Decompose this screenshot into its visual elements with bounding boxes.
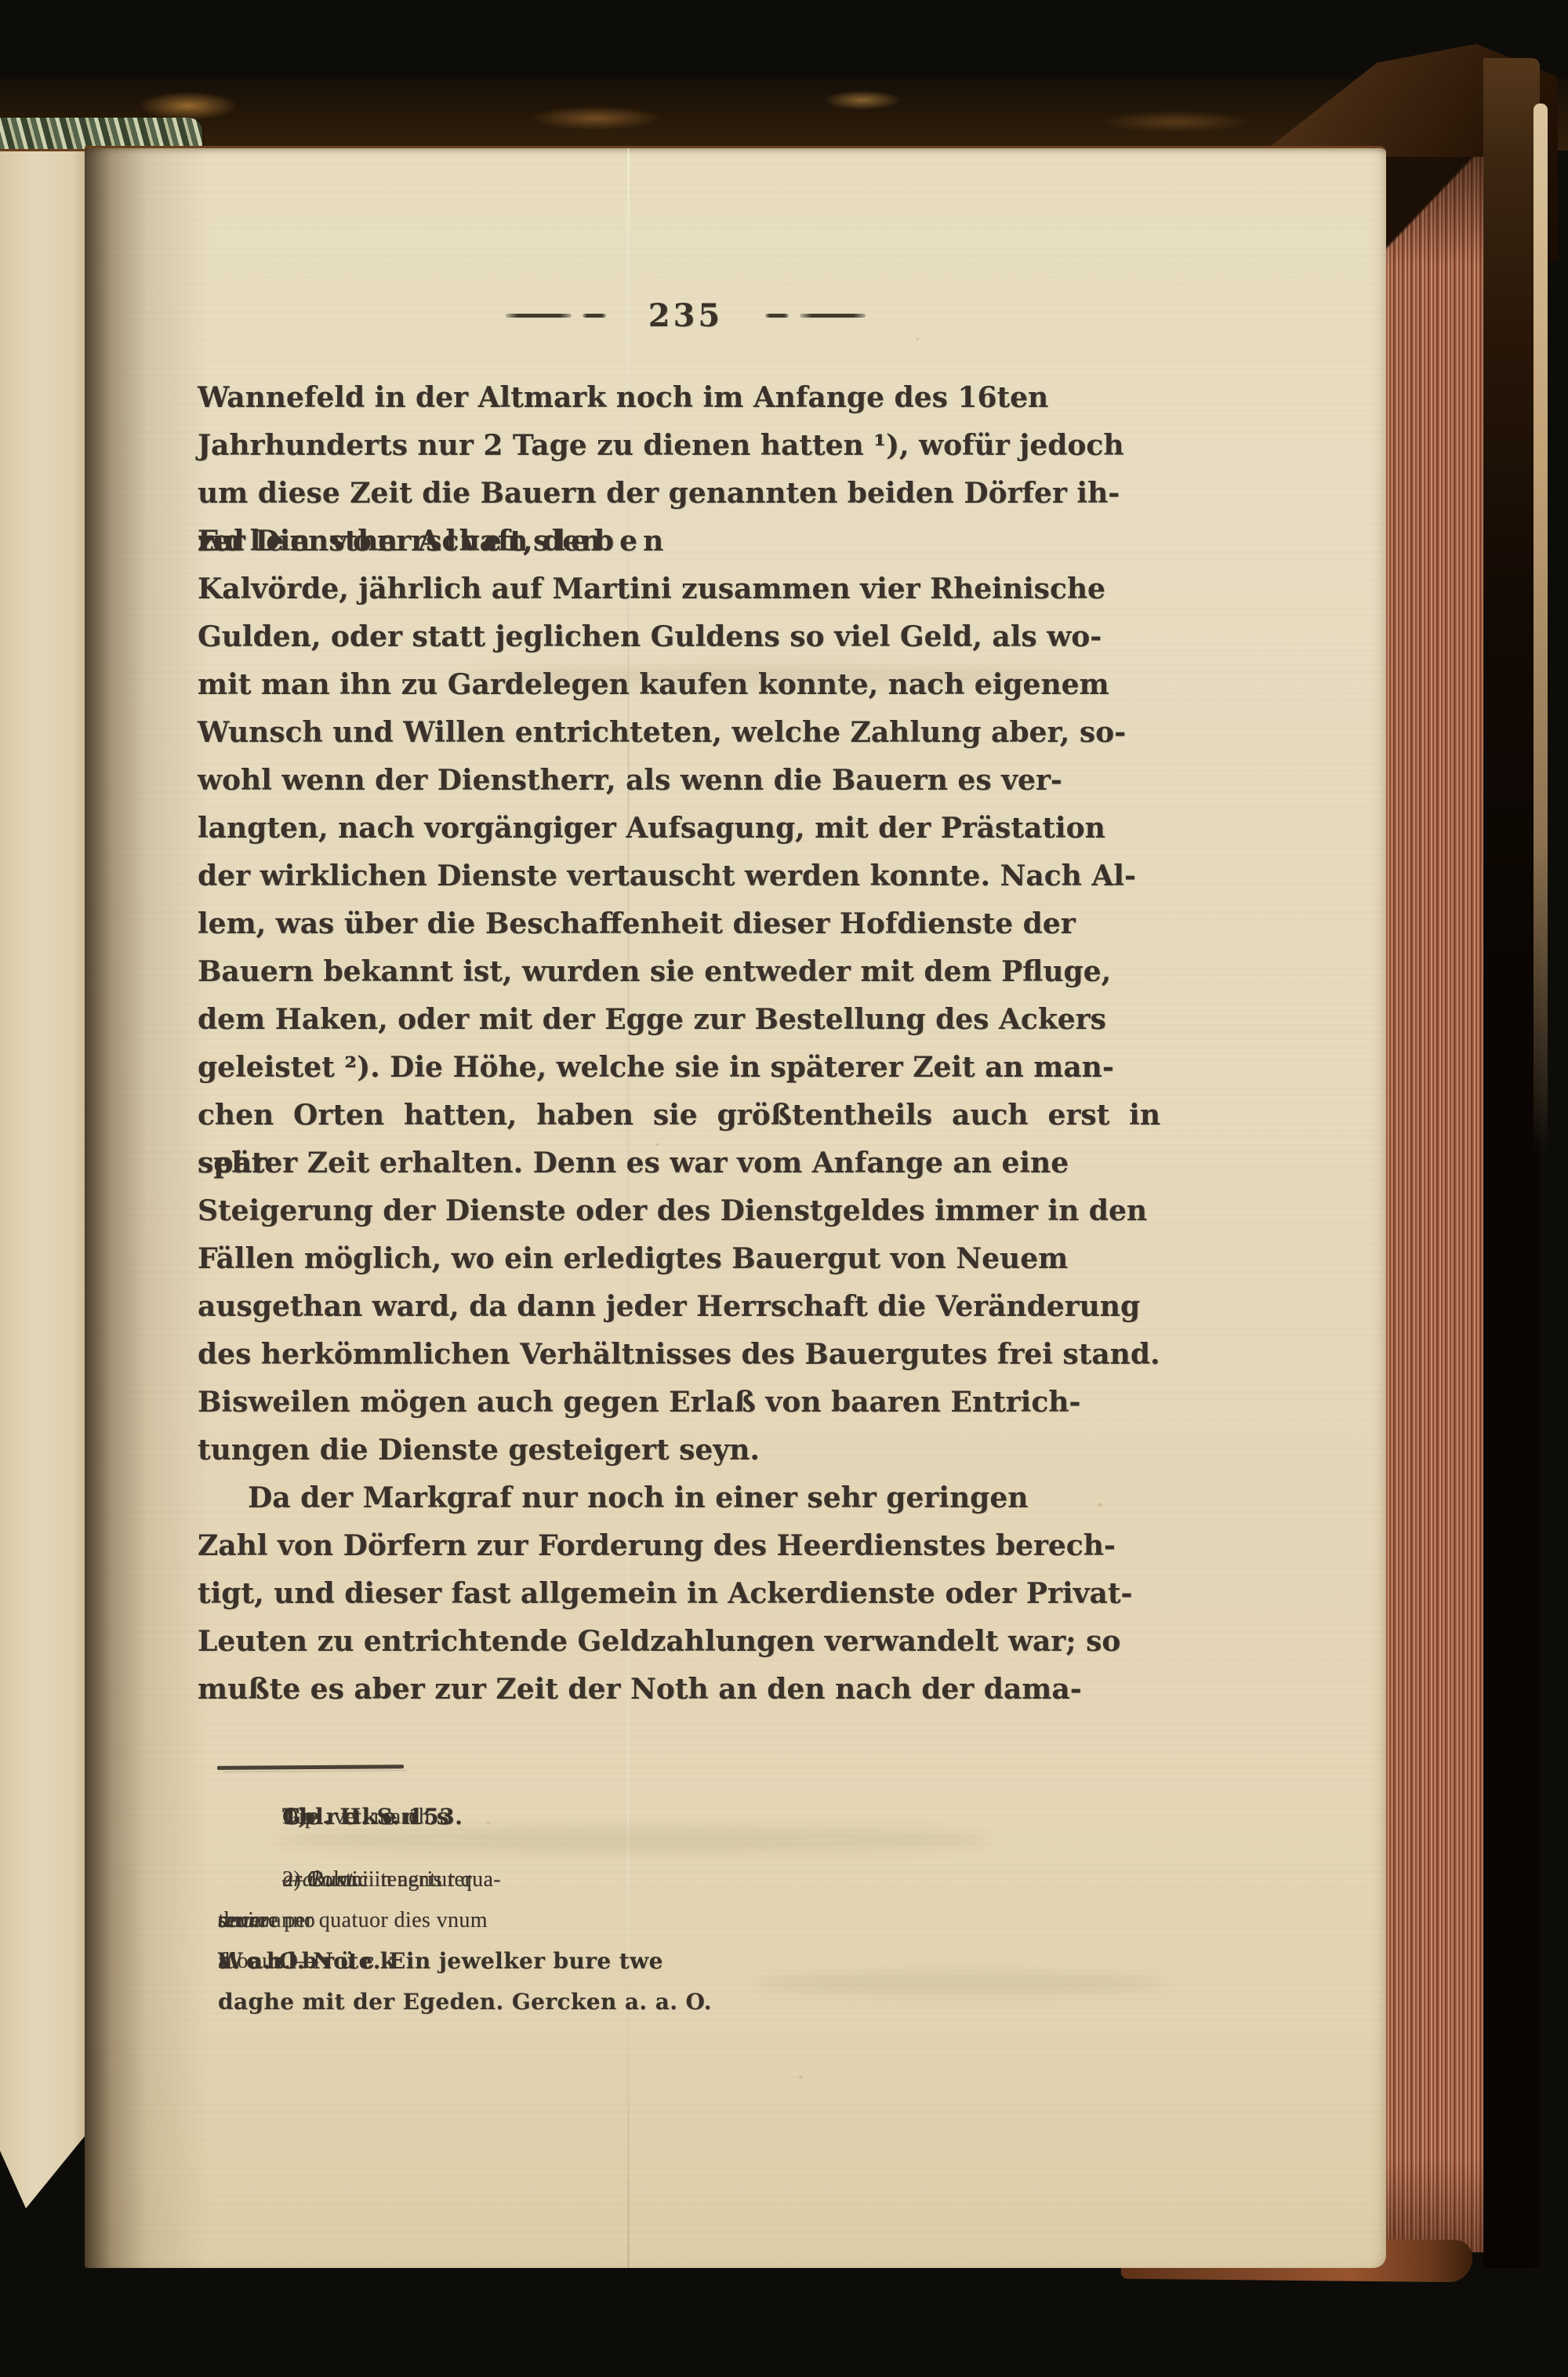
text-segment: mußte es aber zur Zeit der Noth an den n… [198, 1666, 1082, 1714]
text-line: mit man ihn zu Gardelegen kaufen konnte,… [198, 661, 1160, 709]
book-scan: 235 Wannefeld in der Altmark noch im Anf… [0, 0, 1568, 2377]
text-segment: lem, was über die Beschaffenheit dieser … [198, 900, 1076, 948]
text-line: Leuten zu entrichtende Geldzahlungen ver… [198, 1618, 1160, 1666]
text-segment: wohl wenn der Dienstherr, als wenn die B… [198, 757, 1062, 805]
text-segment: ducere per quatuor dies vnum [218, 1900, 488, 1941]
text-segment: Wunsch und Willen entrichteten, welche Z… [198, 709, 1126, 757]
text-line: Kalvörde, jährlich auf Martini zusammen … [198, 565, 1160, 613]
footnote-line: ter in anno arare seu senum ducere per q… [218, 1900, 1160, 1941]
text-line: lem, was über die Beschaffenheit dieser … [198, 900, 1160, 948]
text-segment: Thl. II. S. 153. [282, 1797, 463, 1837]
header-rule-left [506, 314, 572, 318]
text-line: langten, nach vorgängiger Aufsagung, mit… [198, 805, 1160, 852]
text-line: geleistet ²). Die Höhe, welche sie in sp… [198, 1044, 1160, 1092]
text-line: Wannefeld in der Altmark noch im Anfange… [198, 374, 1160, 422]
text-segment: tungen die Dienste gesteigert seyn. [198, 1427, 760, 1474]
text-segment: ausgethan ward, da dann jeder Herrschaft… [198, 1283, 1140, 1331]
page-header: 235 [198, 296, 1174, 335]
text-segment: Bisweilen mögen auch gegen Erlaß von baa… [198, 1379, 1080, 1427]
text-segment: geleistet ²). Die Höhe, welche sie in sp… [198, 1044, 1114, 1092]
cover-edge-highlight [1534, 104, 1548, 1154]
text-segment: Kalvörde, jährlich auf Martini zusammen … [198, 565, 1105, 613]
footnote-item: 2) Coloni in agris ter arabunt. — Rustic… [218, 1859, 1160, 2023]
text-segment: Zahl von Dörfern zur Forderung des Heerd… [198, 1522, 1116, 1570]
gutter-shadow [85, 148, 210, 2268]
text-line: Fällen möglich, wo ein erledigtes Bauerg… [198, 1235, 1160, 1283]
footnote-line: illorum. — Wohlbrück a. a. O. Note. Ein … [218, 1941, 1160, 1982]
footnote-separator [217, 1765, 404, 1770]
text-line: Steigerung der Dienste oder des Dienstge… [198, 1187, 1160, 1235]
text-segment: Leuten zu entrichtende Geldzahlungen ver… [198, 1618, 1120, 1666]
text-line: dem Haken, oder mit der Egge zur Bestell… [198, 996, 1160, 1044]
text-line: Bisweilen mögen auch gegen Erlaß von baa… [198, 1379, 1160, 1427]
text-segment: Bauern bekannt ist, wurden sie entweder … [198, 948, 1111, 996]
footnote-line: daghe mit der Egeden. Gercken a. a. O. [218, 1982, 1160, 2023]
text-line: Zahl von Dörfern zur Forderung des Heerd… [198, 1522, 1160, 1570]
page-number: 235 [648, 297, 724, 334]
footnotes-block: 1) Gercken’s Dipl. vet. march. Thl. II. … [218, 1797, 1160, 2023]
footnote-line: 1) Gercken’s Dipl. vet. march. Thl. II. … [218, 1797, 1160, 1837]
text-segment: Fällen möglich, wo ein erledigtes Bauerg… [198, 1235, 1068, 1283]
text-segment: — Rustici tenentur qua- [282, 1859, 501, 1900]
text-line: der wirklichen Dienste vertauscht werden… [198, 852, 1160, 900]
page-block-fore-edge [1386, 157, 1483, 2252]
text-segment: langten, nach vorgängiger Aufsagung, mit… [198, 805, 1105, 852]
text-line: Jahrhunderts nur 2 Tage zu dienen hatten… [198, 422, 1160, 470]
footnote-line: 2) Coloni in agris ter arabunt. — Rustic… [218, 1859, 1160, 1900]
text-line: später Zeit erhalten. Denn es war vom An… [198, 1139, 1160, 1187]
text-line: wohl wenn der Dienstherr, als wenn die B… [198, 757, 1160, 805]
footnote-item: 1) Gercken’s Dipl. vet. march. Thl. II. … [218, 1797, 1160, 1837]
text-line: tigt, und dieser fast allgemein in Acker… [198, 1570, 1160, 1618]
header-rule-right-short [765, 314, 789, 318]
text-segment: Edlen von Alvensleben [198, 518, 669, 565]
text-line: ausgethan ward, da dann jeder Herrschaft… [198, 1283, 1160, 1331]
text-line: chen Orten hatten, haben sie größtenthei… [198, 1092, 1160, 1139]
text-segment: mit man ihn zu Gardelegen kaufen konnte,… [198, 661, 1109, 709]
main-text-block: Wannefeld in der Altmark noch im Anfange… [198, 374, 1160, 1714]
header-rule-left-short [583, 314, 606, 318]
text-line: Gulden, oder statt jeglichen Guldens so … [198, 613, 1160, 661]
text-line: rer Dienstherrschaft, den Edlen von Alve… [198, 518, 1160, 565]
text-segment: daghe mit der Egeden. Gercken a. a. O. [218, 1982, 712, 2023]
text-segment: des herkömmlichen Verhältnisses des Baue… [198, 1331, 1160, 1379]
text-line: Wunsch und Willen entrichteten, welche Z… [198, 709, 1160, 757]
text-line: des herkömmlichen Verhältnisses des Baue… [198, 1331, 1160, 1379]
facing-page-edge [0, 149, 86, 2208]
text-line: tungen die Dienste gesteigert seyn. [198, 1427, 1160, 1474]
text-line: Bauern bekannt ist, wurden sie entweder … [198, 948, 1160, 996]
text-segment: Jahrhunderts nur 2 Tage zu dienen hatten… [198, 422, 1124, 470]
text-segment: zu [198, 518, 234, 565]
text-segment: der wirklichen Dienste vertauscht werden… [198, 852, 1136, 900]
text-segment: Da der Markgraf nur noch in einer sehr g… [248, 1474, 1028, 1522]
text-line: Da der Markgraf nur noch in einer sehr g… [198, 1474, 1160, 1522]
text-segment: später Zeit erhalten. Denn es war vom An… [198, 1139, 1069, 1187]
text-segment: um diese Zeit die Bauern der genannten b… [198, 470, 1120, 518]
text-segment: chen Orten hatten, haben sie größtenthei… [198, 1092, 1160, 1139]
text-segment: dem Haken, oder mit der Egge zur Bestell… [198, 996, 1106, 1044]
header-gap [617, 315, 637, 316]
text-segment: Steigerung der Dienste oder des Dienstge… [198, 1187, 1147, 1235]
header-gap [734, 315, 754, 316]
text-segment: Gulden, oder statt jeglichen Guldens so … [198, 613, 1102, 661]
header-rule-right [800, 314, 866, 318]
book-cover-right-edge [1483, 58, 1540, 2268]
text-segment: Wannefeld in der Altmark noch im Anfange… [198, 374, 1048, 422]
text-segment: tigt, und dieser fast allgemein in Acker… [198, 1570, 1132, 1618]
book-page: 235 Wannefeld in der Altmark noch im Anf… [85, 146, 1386, 2268]
text-line: um diese Zeit die Bauern der genannten b… [198, 470, 1160, 518]
text-segment: a. a. O. Note. Ein jewelker bure twe [218, 1941, 663, 1982]
text-line: mußte es aber zur Zeit der Noth an den n… [198, 1666, 1160, 1714]
